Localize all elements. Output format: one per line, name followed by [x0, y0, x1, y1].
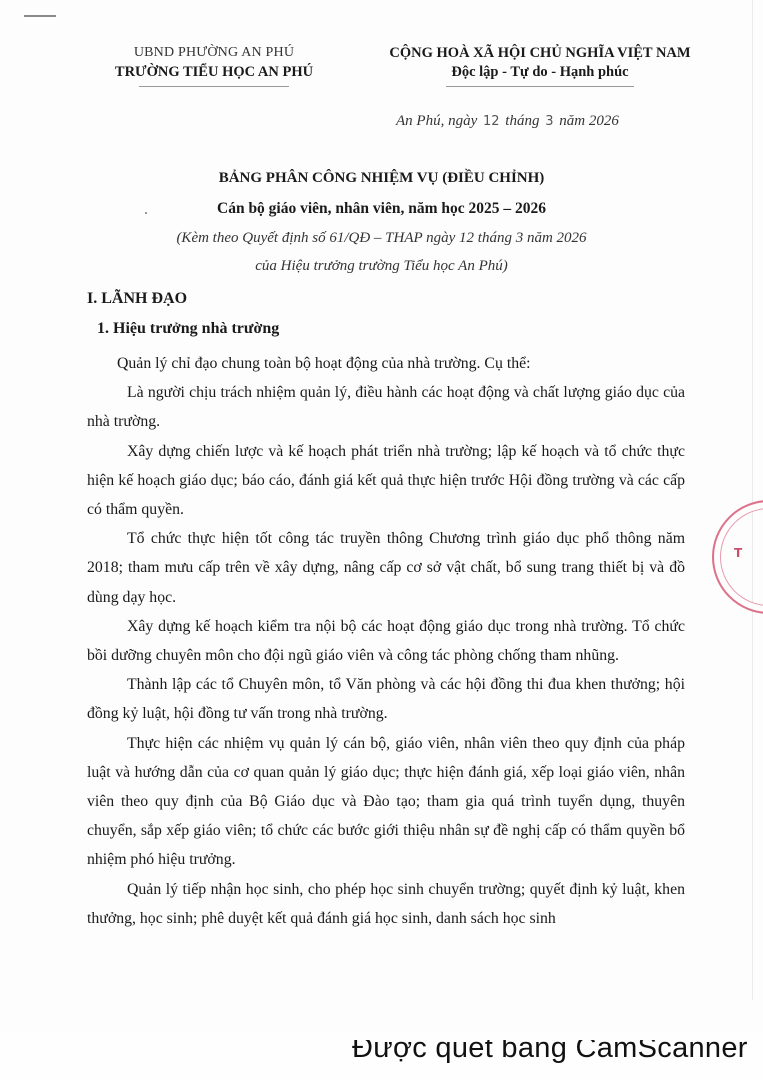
document-body: Quản lý chỉ đạo chung toàn bộ hoạt động … [87, 349, 685, 933]
section-heading: I. LÃNH ĐẠO [87, 290, 187, 308]
scanned-document-page: UBND PHƯỜNG AN PHÚ TRƯỜNG TIỂU HỌC AN PH… [0, 0, 763, 1080]
national-motto-header: CỘNG HOÀ XÃ HỘI CHỦ NGHĨA VIỆT NAM Độc l… [340, 44, 740, 87]
red-seal-stamp-icon: T [712, 500, 763, 614]
motto-underline [446, 86, 634, 87]
header-underline [139, 86, 289, 87]
date-prefix: An Phú, ngày [396, 113, 477, 129]
school-name: TRƯỜNG TIỂU HỌC AN PHÚ [84, 62, 344, 82]
issuing-authority-header: UBND PHƯỜNG AN PHÚ TRƯỜNG TIỂU HỌC AN PH… [84, 44, 344, 87]
date-month-label: tháng [505, 113, 539, 129]
paragraph: Quản lý tiếp nhận học sinh, cho phép học… [87, 875, 685, 933]
paragraph: Là người chịu trách nhiệm quản lý, điều … [87, 378, 685, 436]
stamp-text: T [734, 546, 742, 560]
paragraph: Thực hiện các nhiệm vụ quản lý cán bộ, g… [87, 729, 685, 875]
subsection-heading: 1. Hiệu trưởng nhà trường [97, 320, 279, 338]
authority-name: UBND PHƯỜNG AN PHÚ [84, 44, 344, 62]
scan-edge-mark [24, 15, 56, 17]
paragraph: Xây dựng chiến lược và kế hoạch phát tri… [87, 437, 685, 525]
date-suffix: năm 2026 [559, 113, 619, 129]
date-month-handwritten: 3 [543, 114, 555, 129]
paragraph: Tổ chức thực hiện tốt công tác truyền th… [87, 524, 685, 612]
country-name: CỘNG HOÀ XÃ HỘI CHỦ NGHĨA VIỆT NAM [340, 44, 740, 62]
decision-issuer: của Hiệu trưởng trường Tiểu học An Phú) [0, 258, 763, 275]
document-subtitle: Cán bộ giáo viên, nhân viên, năm học 202… [0, 200, 763, 218]
paragraph: Thành lập các tổ Chuyên môn, tổ Văn phòn… [87, 670, 685, 728]
decision-reference: (Kèm theo Quyết định số 61/QĐ – THAP ngà… [0, 230, 763, 247]
national-motto: Độc lập - Tự do - Hạnh phúc [340, 62, 740, 82]
paragraph: Xây dựng kế hoạch kiểm tra nội bộ các ho… [87, 612, 685, 670]
document-title: BẢNG PHÂN CÔNG NHIỆM VỤ (ĐIỀU CHỈNH) [0, 170, 763, 187]
document-date: An Phú, ngày 12 tháng 3 năm 2026 [396, 113, 619, 130]
date-day-handwritten: 12 [481, 114, 502, 129]
paragraph: Quản lý chỉ đạo chung toàn bộ hoạt động … [87, 349, 685, 378]
